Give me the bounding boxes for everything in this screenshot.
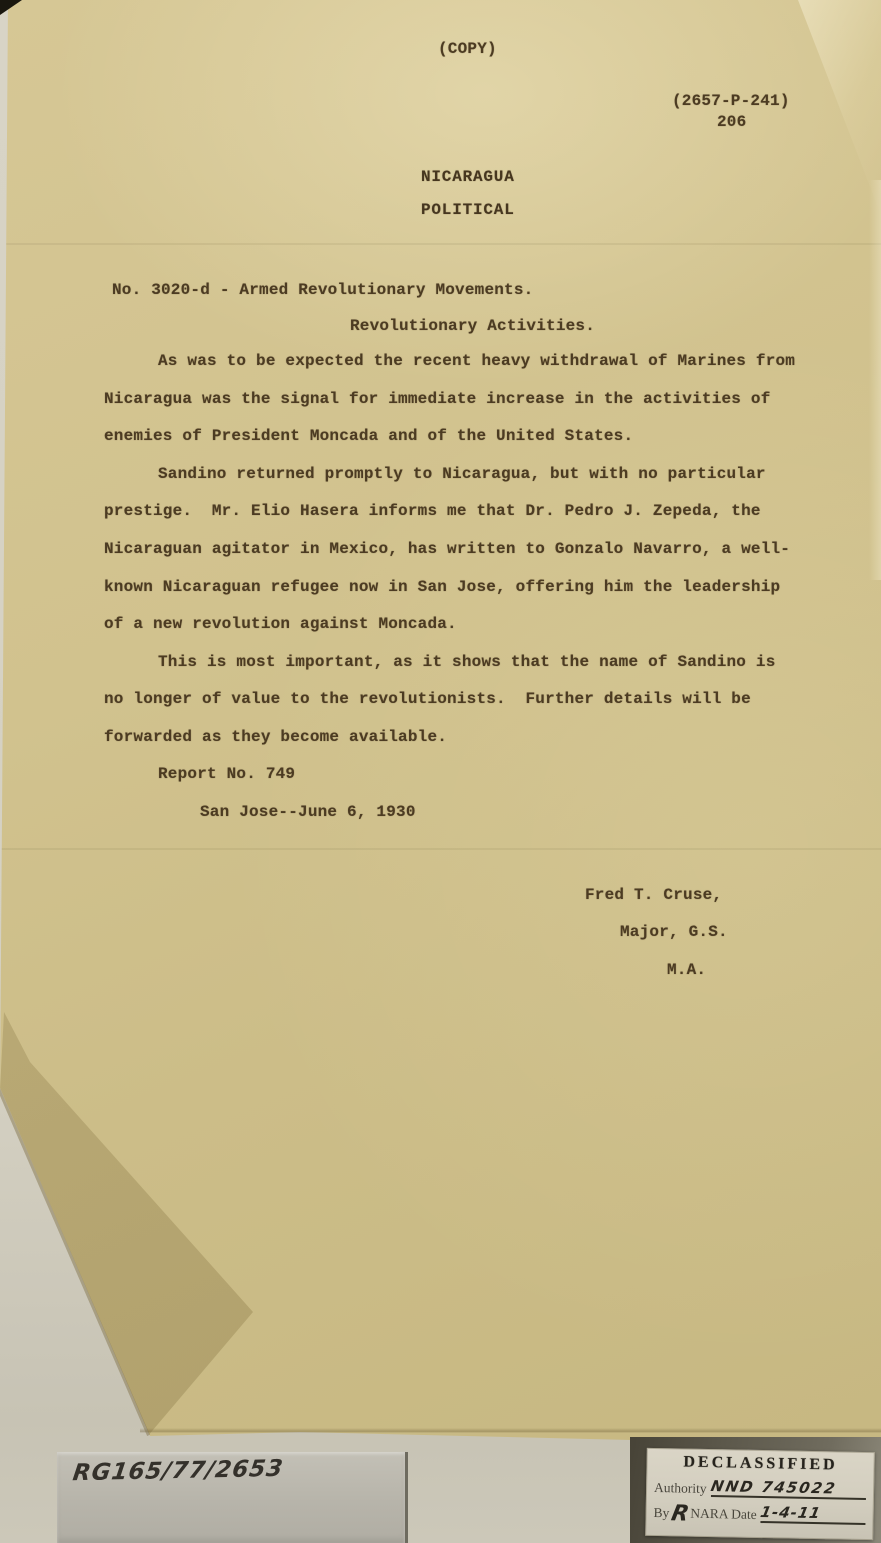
- paper-sheet: (COPY) (2657-P-241) 206 NICARAGUA POLITI…: [0, 0, 881, 1543]
- right-edge-highlight: [869, 180, 881, 580]
- report-number-line: Report No. 749: [158, 765, 295, 783]
- stamp-authority-underline: NND 745022: [710, 1477, 866, 1500]
- stamp-by-label: By: [653, 1505, 669, 1521]
- typed-line: known Nicaraguan refugee now in San Jose…: [104, 578, 780, 596]
- copy-label: (COPY): [438, 40, 497, 58]
- archive-reference-handwriting: RG165/77/2653: [71, 1456, 285, 1486]
- paper-bottom-edge-shadow: [140, 1428, 881, 1433]
- subject-line: No. 3020-d - Armed Revolutionary Movemen…: [112, 281, 533, 299]
- typed-line: prestige. Mr. Elio Hasera informs me tha…: [104, 502, 761, 520]
- bottom-left-fold-shadow: [0, 0, 881, 1543]
- typed-line: As was to be expected the recent heavy w…: [158, 352, 795, 370]
- typed-line: of a new revolution against Moncada.: [104, 615, 457, 633]
- page-number: 206: [717, 113, 746, 131]
- typed-line: no longer of value to the revolutionists…: [104, 690, 751, 708]
- horizontal-crease: [0, 848, 881, 850]
- heading-category: POLITICAL: [421, 201, 515, 219]
- subtitle: Revolutionary Activities.: [350, 317, 595, 335]
- typed-line: enemies of President Moncada and of the …: [104, 427, 633, 445]
- typed-line: Sandino returned promptly to Nicaragua, …: [158, 465, 766, 483]
- dateline: San Jose--June 6, 1930: [200, 803, 416, 821]
- horizontal-crease: [0, 243, 881, 245]
- typed-line: Nicaragua was the signal for immediate i…: [104, 390, 771, 408]
- stamp-date-underline: 1-4-11: [761, 1503, 866, 1525]
- signature-rank: Major, G.S.: [620, 923, 728, 941]
- archive-reference-label: RG165/77/2653: [57, 1452, 408, 1543]
- stamp-by-row: By R NARA Date 1-4-11: [653, 1501, 865, 1525]
- signature-title: M.A.: [667, 961, 706, 979]
- file-number: (2657-P-241): [672, 92, 790, 110]
- typed-line: forwarded as they become available.: [104, 728, 447, 746]
- stamp-authority-row: Authority NND 745022: [654, 1476, 866, 1500]
- stamp-date-value: 1-4-11: [759, 1503, 823, 1522]
- stamp-by-initials: R: [670, 1507, 690, 1521]
- typed-line: This is most important, as it shows that…: [158, 653, 776, 671]
- stamp-authority-label: Authority: [654, 1480, 707, 1497]
- declassification-stamp: DECLASSIFIED Authority NND 745022 By R N…: [645, 1448, 875, 1540]
- stamp-authority-value: NND 745022: [709, 1477, 838, 1497]
- heading-country: NICARAGUA: [421, 168, 515, 186]
- top-right-fold-crease: [786, 0, 881, 215]
- document-photo: (COPY) (2657-P-241) 206 NICARAGUA POLITI…: [0, 0, 881, 1543]
- stamp-nara-label: NARA Date: [690, 1506, 757, 1523]
- signature-name: Fred T. Cruse,: [585, 886, 722, 904]
- typed-line: Nicaraguan agitator in Mexico, has writt…: [104, 540, 790, 558]
- stamp-title: DECLASSIFIED: [654, 1453, 866, 1475]
